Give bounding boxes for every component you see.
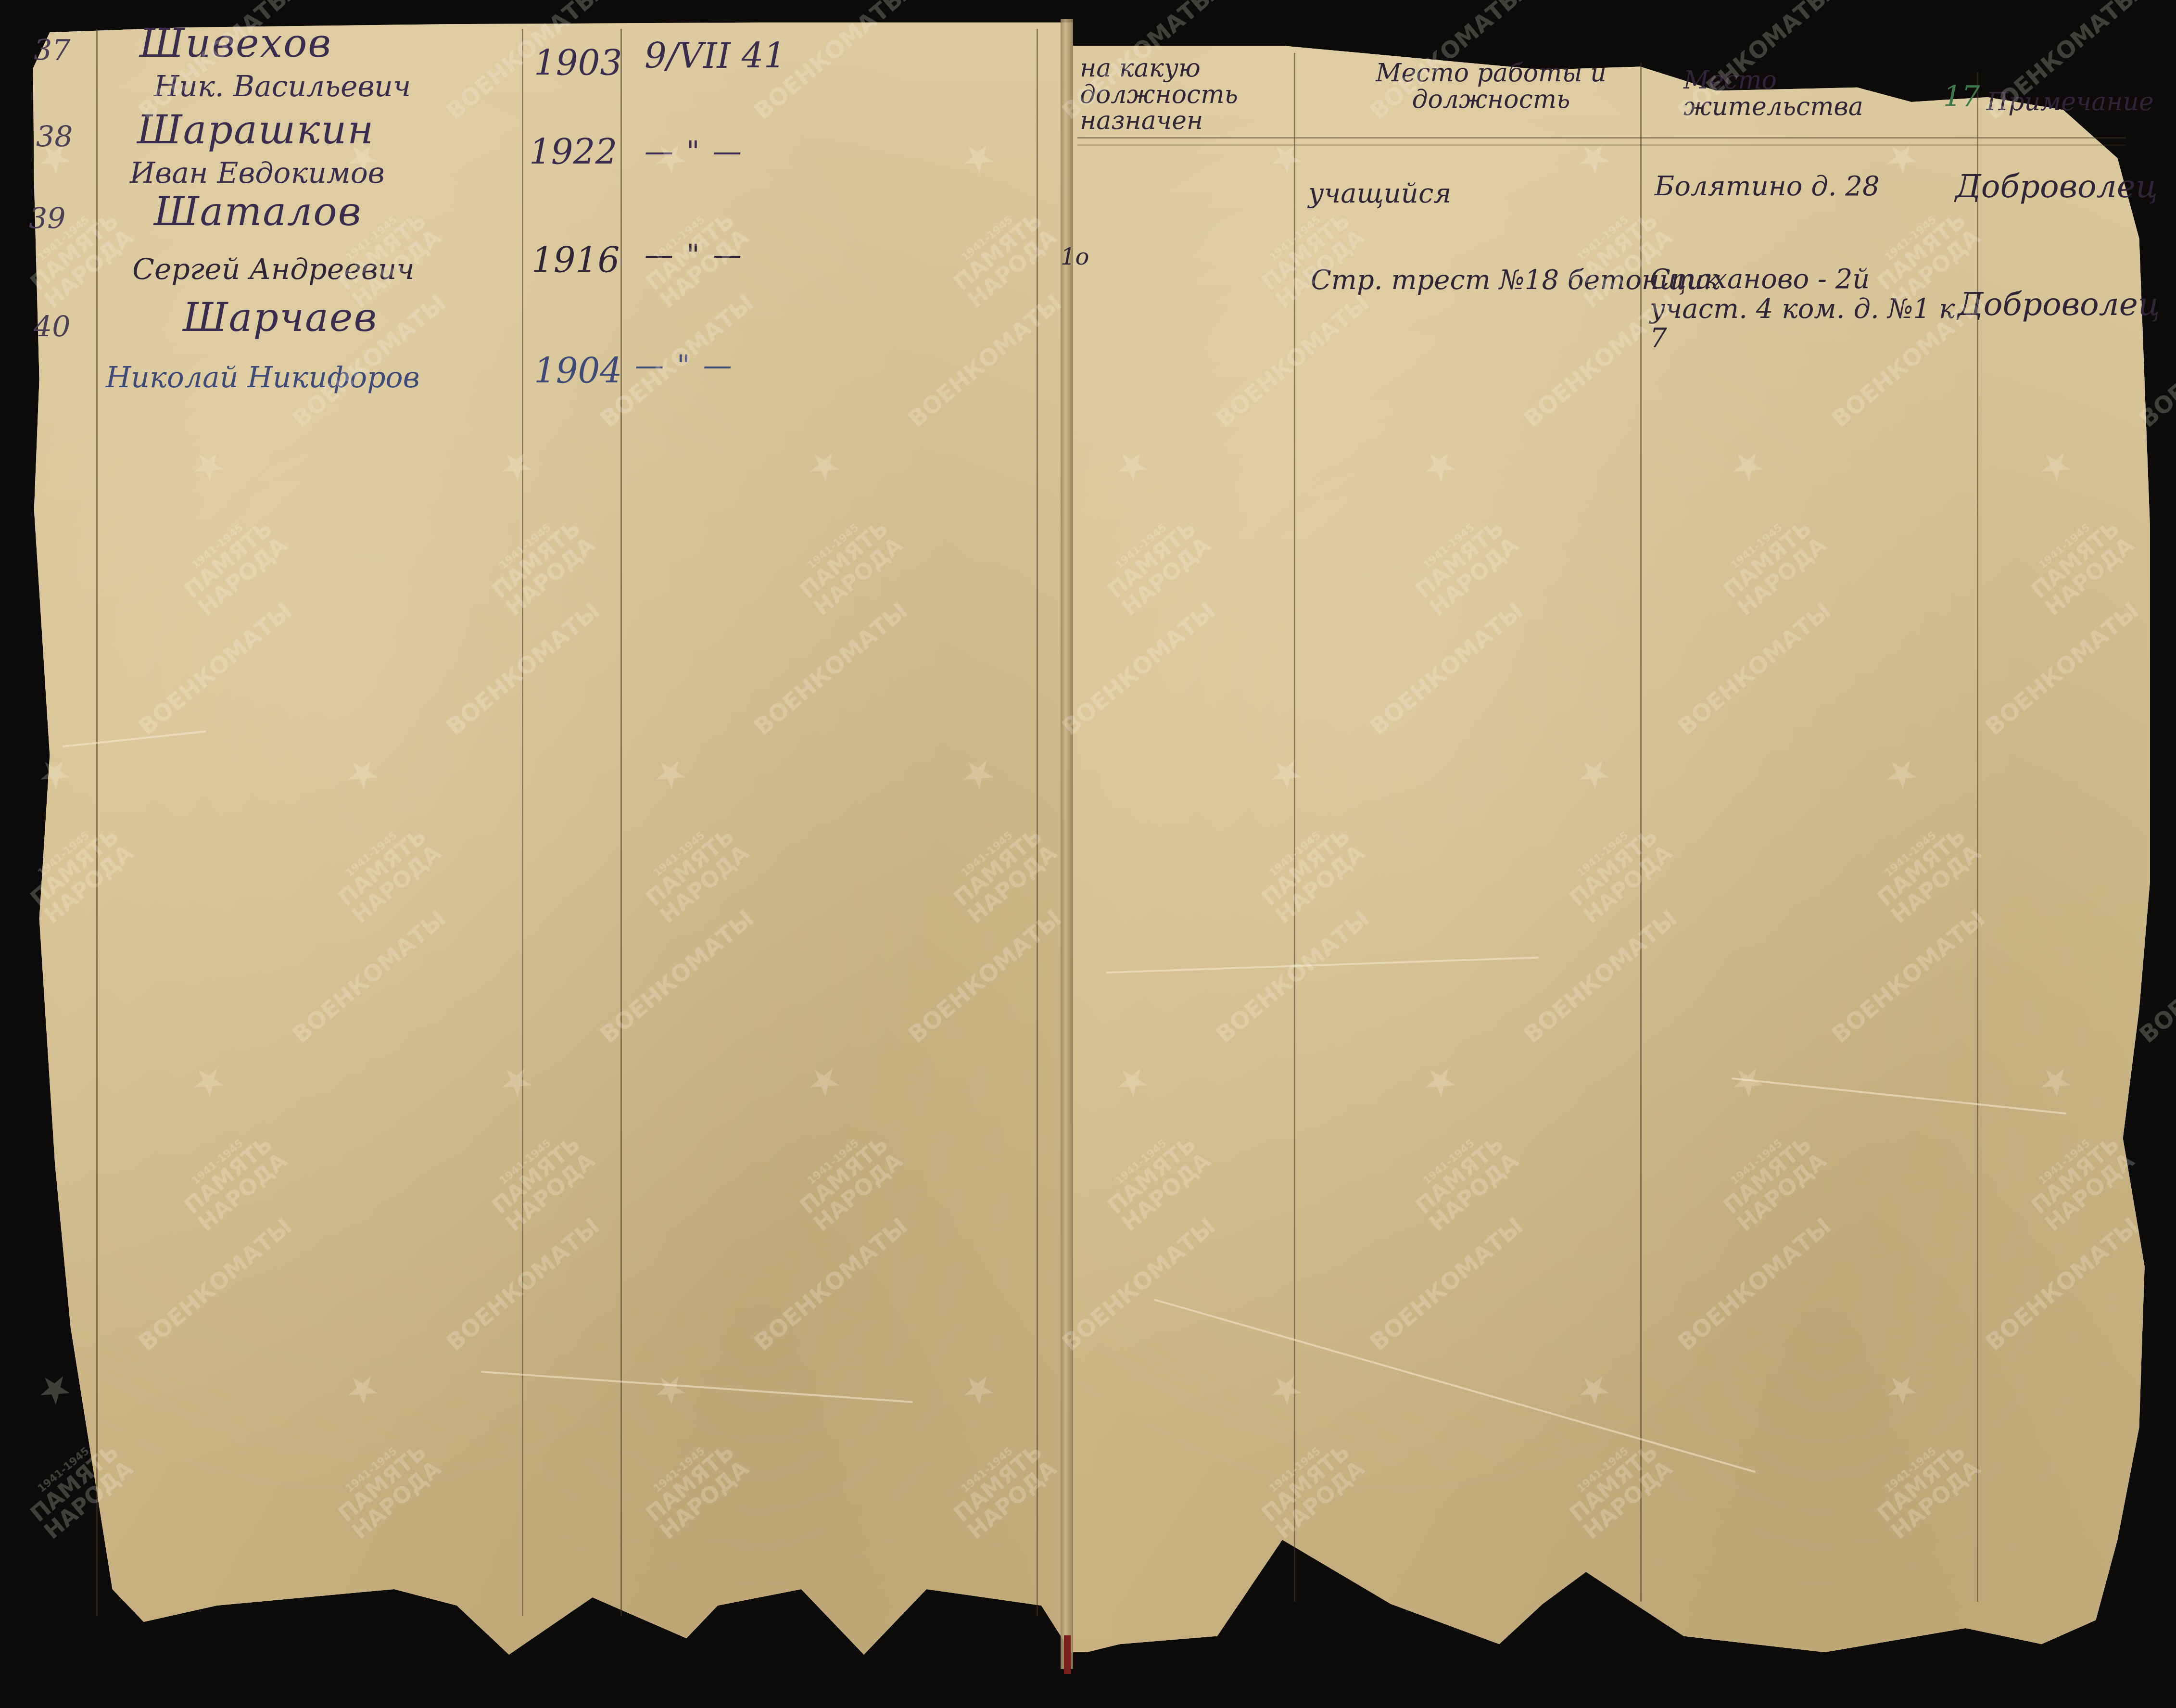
entry-birth-year: 1904 <box>534 354 622 388</box>
document-scan: на какую должность назначен Место работы… <box>0 0 2176 1708</box>
entry-workplace: учащийся <box>1308 180 1451 207</box>
column-rule-year <box>620 29 622 1616</box>
entry-surname: Шарашкин <box>137 111 374 150</box>
header-residence: Место жительства <box>1683 67 1876 120</box>
entry-given-names: Сергей Андреевич <box>132 255 415 284</box>
entry-surname: Шарчаев <box>183 298 378 338</box>
entry-date-ditto: — " — <box>645 240 744 269</box>
column-rule-name <box>522 29 523 1616</box>
entry-date-ditto: — " — <box>635 351 734 380</box>
watermark-star-icon: ★ <box>29 1363 80 1415</box>
entry-given-names: Николай Никифоров <box>106 363 420 392</box>
entry-birth-year: 1916 <box>531 243 620 278</box>
entry-note: Доброволец <box>1955 171 2158 202</box>
header-rule-double <box>1077 144 2126 146</box>
header-notes: Примечание <box>1986 89 2154 115</box>
entry-date-ditto: — " — <box>645 137 744 166</box>
entry-given-names: Ник. Васильевич <box>154 72 411 101</box>
entry-note: Доброволец <box>1958 289 2160 320</box>
entry-number: 37 <box>34 36 70 65</box>
column-rule-position <box>1294 53 1295 1602</box>
entry-surname: Шивехов <box>139 24 332 63</box>
entry-date: 9/VII 41 <box>645 38 785 73</box>
entry-number: 38 <box>36 123 73 152</box>
entry-birth-year: 1922 <box>529 135 617 169</box>
header-workplace: Место работы и должность <box>1352 60 1631 113</box>
stamp-number: 17 <box>1943 82 1980 112</box>
header-position-assigned: на какую должность назначен <box>1080 55 1291 134</box>
entry-number: 39 <box>29 204 65 233</box>
entry-given-names: Иван Евдокимов <box>130 159 385 188</box>
entry-position-assigned: 1о <box>1061 245 1089 268</box>
entry-surname: Шаталов <box>154 192 362 232</box>
header-rule <box>1077 137 2126 139</box>
column-rule-number <box>96 29 98 1616</box>
column-rule-date <box>1037 29 1038 1616</box>
entry-residence: Стаханово - 2й участ. 4 ком. д. №1 к 7 <box>1650 265 1967 354</box>
entry-birth-year: 1903 <box>534 46 622 80</box>
entry-residence: Болятино д. 28 <box>1655 173 1880 200</box>
spine-binding-red <box>1064 1635 1071 1674</box>
entry-number: 40 <box>34 313 70 342</box>
